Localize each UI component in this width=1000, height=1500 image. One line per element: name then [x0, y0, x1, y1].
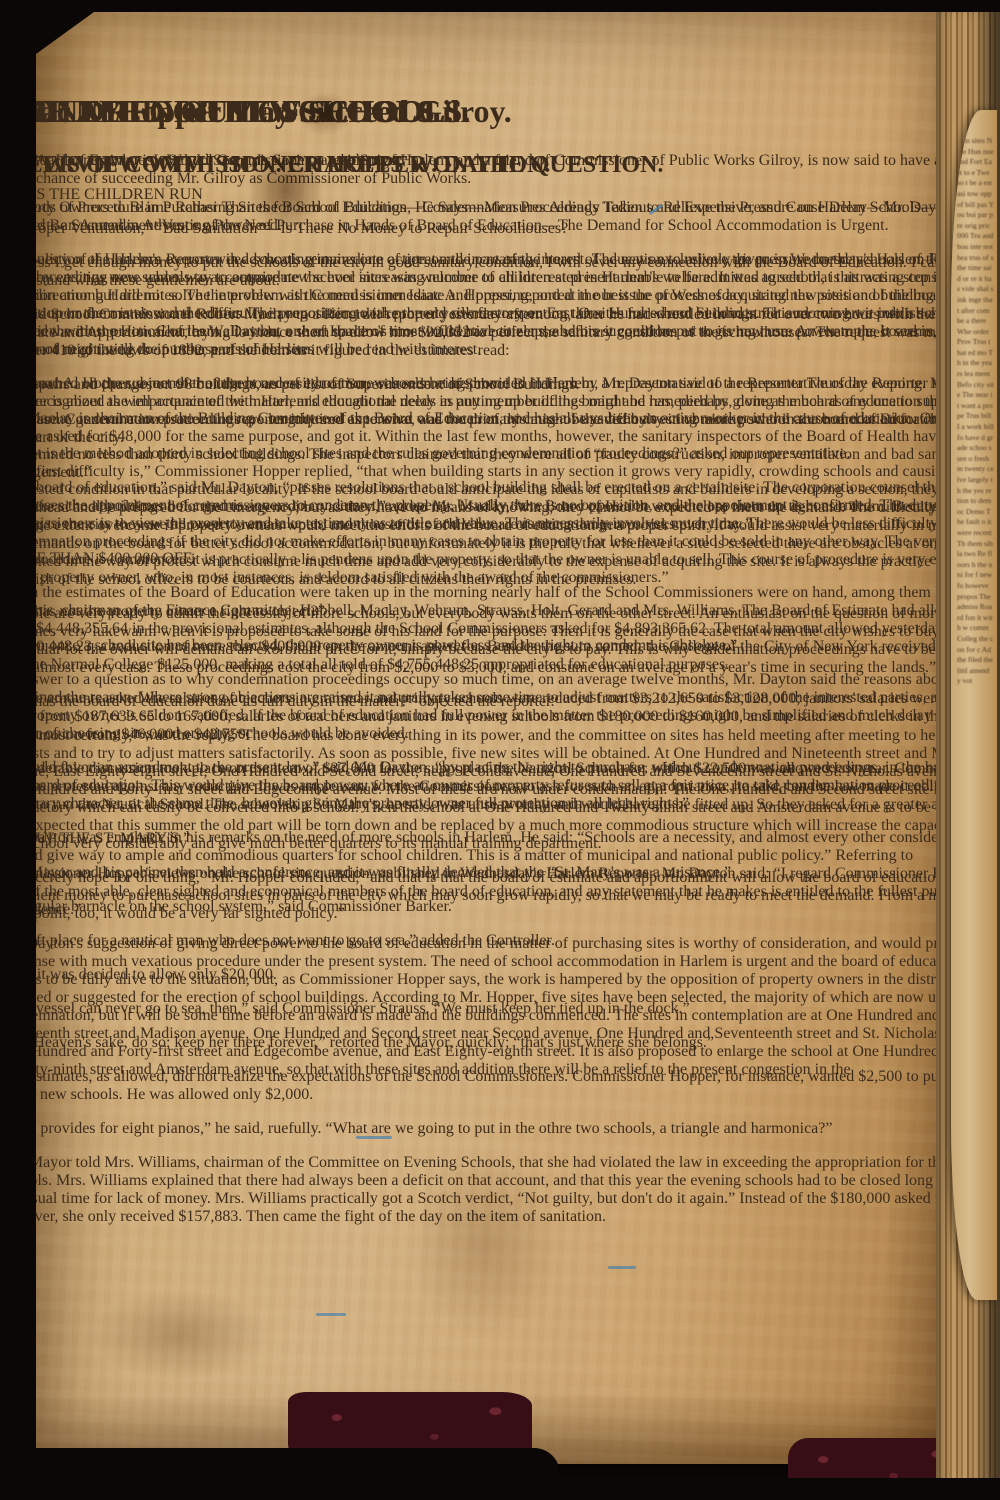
body-paragraph: When the estimates of the Board of Educa… [0, 584, 1000, 674]
estimate-item-note: For repairs and changes on 98 buildings,… [0, 376, 1000, 394]
photo-frame-edge [0, 0, 36, 1500]
blue-pencil-mark [356, 1136, 392, 1139]
body-paragraph: Mr. Maclay is chairman of the Building C… [0, 410, 1000, 482]
clipping-deck-secondary: “Improper Ventilation,” “Bad Sanitation”… [0, 220, 1000, 238]
photo-frame-edge [0, 0, 1000, 12]
body-paragraph: “A regular barnacle on the school system… [0, 898, 1000, 916]
body-paragraph: “That provides for eight pianos,” he sai… [0, 1120, 1000, 1138]
body-paragraph: “For Heaven's sake, do so; keep her ther… [0, 1034, 1000, 1052]
clipping-deck: The Board of Estimate, It Would Seem, Is… [0, 152, 1000, 170]
body-paragraph: The Mayor and his cabinet then held a co… [0, 864, 1000, 882]
body-paragraph: So said School Commissioner Robert Macla… [0, 306, 1000, 360]
body-paragraph: The estimates, as allowed, did not reali… [0, 1068, 1000, 1104]
crosshead: MORE THAN $400,000 OFF. [0, 550, 1000, 568]
photo-frame-corner [36, 12, 94, 54]
body-paragraph: Considerable discussion took place on th… [0, 760, 1000, 814]
adjacent-page-sliver: is m sites Nine Hun nue and Fort East to… [951, 110, 997, 1300]
blue-pencil-mark [316, 1313, 346, 1316]
crosshead: “TIE UP THE ST. MARY'S.” [0, 830, 1000, 848]
body-section: Mr. Maclay is chairman of the Building C… [0, 410, 1000, 534]
body-paragraph: “If these school buildings belonged to a… [0, 498, 1000, 534]
photo-frame-edge [0, 1448, 560, 1500]
clipping-title: MONEY FOR THE SCHOOLS [0, 93, 1000, 130]
clipping-body: “Unless I get enough money to put the sc… [0, 254, 1000, 1226]
body-paragraph: On the amounts asked the salaries of tea… [0, 690, 1000, 744]
blue-pencil-mark [608, 1266, 636, 1269]
clipping-subhead: RISKS THE CHILDREN RUN [0, 186, 1000, 204]
body-paragraph: “The vessel can never go to sea, then,” … [0, 1000, 1000, 1018]
body-paragraph: Then it was decided to allow only $20,00… [0, 966, 1000, 984]
body-section: When the estimates of the Board of Educa… [0, 584, 1000, 814]
adjacent-page-text-fragments: is m sites Nine Hun nue and Fort East to… [951, 110, 997, 687]
body-paragraph: “Unless I get enough money to put the sc… [0, 254, 1000, 290]
body-section: The Mayor and his cabinet then held a co… [0, 864, 1000, 1226]
body-paragraph: “A soft place for a nautical man who doe… [0, 932, 1000, 950]
scrapbook-photo: Harlem Reporter 12-30-92 Harlem Rep. 12-… [0, 0, 1000, 1500]
body-section: “Unless I get enough money to put the sc… [0, 254, 1000, 360]
body-paragraph: The Mayor told Mrs. Williams, chairman o… [0, 1154, 1000, 1226]
torn-hole-book-cover [288, 1392, 532, 1456]
clipping-money-for-the-schools: MONEY FOR THE SCHOOLS The Board of Estim… [0, 72, 1000, 1242]
